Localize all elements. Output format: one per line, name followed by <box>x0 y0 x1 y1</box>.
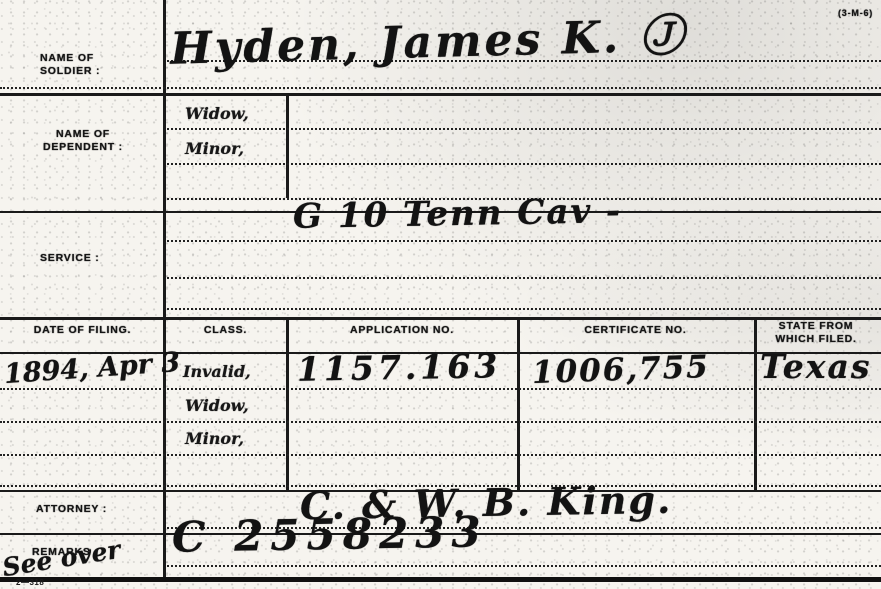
form-code: (3-M-6) <box>838 8 873 19</box>
vertical-rule-application-column <box>517 317 520 490</box>
dotted-line-service-1 <box>167 240 881 242</box>
dotted-line-minor-row <box>0 454 881 456</box>
vertical-rule-certificate-column <box>754 317 757 490</box>
class-minor-label: Minor, <box>185 429 244 448</box>
header-application-no: APPLICATION NO. <box>290 324 514 337</box>
dotted-line-widow-row <box>0 421 881 423</box>
dotted-line-remarks <box>167 565 881 567</box>
vertical-rule-class-column <box>286 317 289 490</box>
dotted-line-invalid-row <box>0 388 881 390</box>
rule-soldier-bottom <box>0 93 881 96</box>
header-class: CLASS. <box>168 324 283 337</box>
dependent-label: NAME OF DEPENDENT : <box>28 128 138 154</box>
class-invalid-label: Invalid, <box>183 362 251 381</box>
rule-card-bottom <box>0 577 881 582</box>
dotted-line-minor <box>167 163 881 165</box>
state-value: Texas <box>760 347 871 386</box>
service-value: G 10 Tenn Cav - <box>293 191 623 237</box>
vertical-rule-dependent-class-column <box>286 93 289 198</box>
class-widow-label: Widow, <box>185 396 249 415</box>
certificate-no-value: 1006,755 <box>531 349 710 391</box>
dependent-minor-label: Minor, <box>185 139 244 158</box>
dotted-line-service-3 <box>167 308 881 310</box>
soldier-name-value: Hyden, James K. Ⓙ <box>169 0 687 77</box>
remarks-value: C 2558233 <box>172 507 488 562</box>
dotted-line-soldier-extra <box>0 87 881 89</box>
soldier-label: NAME OF SOLDIER : <box>40 52 124 78</box>
dependent-widow-label: Widow, <box>185 104 249 123</box>
dotted-line-widow <box>167 128 881 130</box>
dotted-line-service-2 <box>167 277 881 279</box>
service-label: SERVICE : <box>40 252 130 265</box>
application-no-value: 1157.163 <box>297 346 502 389</box>
rule-table-top <box>0 317 881 320</box>
remarks-note: See over <box>0 535 122 582</box>
attorney-label: ATTORNEY : <box>36 503 136 516</box>
header-state-from-which-filed: STATE FROM WHICH FILED. <box>760 320 872 346</box>
header-date-of-filing: DATE OF FILING. <box>5 324 160 337</box>
pension-index-card: (3-M-6) NAME OF SOLDIER : NAME OF DEPEND… <box>0 0 881 589</box>
header-certificate-no: CERTIFICATE NO. <box>520 324 751 337</box>
